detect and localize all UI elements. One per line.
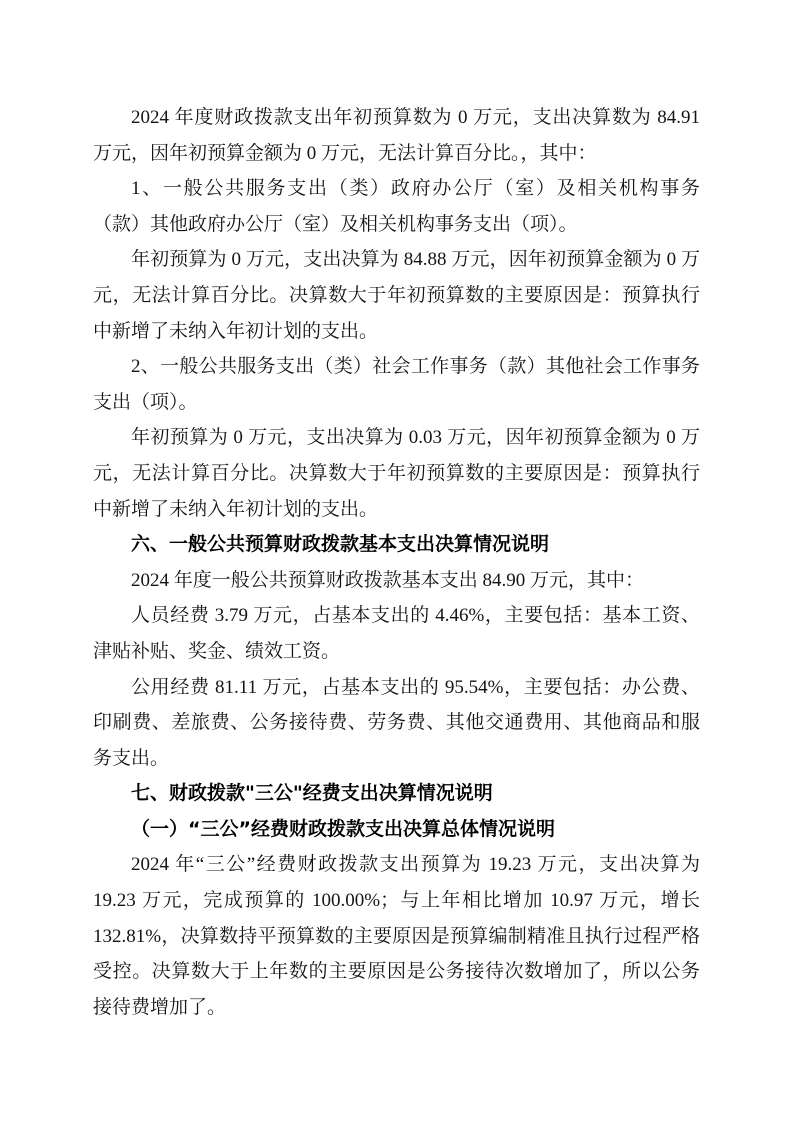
body-paragraph: 1、一般公共服务支出（类）政府办公厅（室）及相关机构事务（款）其他政府办公厅（室…: [93, 171, 700, 242]
section-heading-six: 六、一般公共预算财政拨款基本支出决算情况说明: [93, 527, 700, 563]
section-heading-seven: 七、财政拨款"三公"经费支出决算情况说明: [93, 776, 700, 812]
body-paragraph: 公用经费 81.11 万元，占基本支出的 95.54%，主要包括：办公费、印刷费…: [93, 670, 700, 777]
body-paragraph: 2024 年度一般公共预算财政拨款基本支出 84.90 万元，其中：: [93, 563, 700, 599]
body-paragraph: 年初预算为 0 万元，支出决算为 0.03 万元，因年初预算金额为 0 万元，无…: [93, 420, 700, 527]
body-paragraph: 2、一般公共服务支出（类）社会工作事务（款）其他社会工作事务支出（项）。: [93, 349, 700, 420]
body-paragraph: 2024 年“三公”经费财政拨款支出预算为 19.23 万元，支出决算为 19.…: [93, 847, 700, 1025]
body-paragraph: 2024 年度财政拨款支出年初预算数为 0 万元，支出决算数为 84.91 万元…: [93, 100, 700, 171]
subsection-heading-one: （一）“三公”经费财政拨款支出决算总体情况说明: [93, 812, 700, 848]
body-paragraph: 人员经费 3.79 万元，占基本支出的 4.46%，主要包括：基本工资、津贴补贴…: [93, 598, 700, 669]
body-paragraph: 年初预算为 0 万元，支出决算为 84.88 万元，因年初预算金额为 0 万元，…: [93, 242, 700, 349]
document-page: 2024 年度财政拨款支出年初预算数为 0 万元，支出决算数为 84.91 万元…: [0, 0, 793, 1122]
